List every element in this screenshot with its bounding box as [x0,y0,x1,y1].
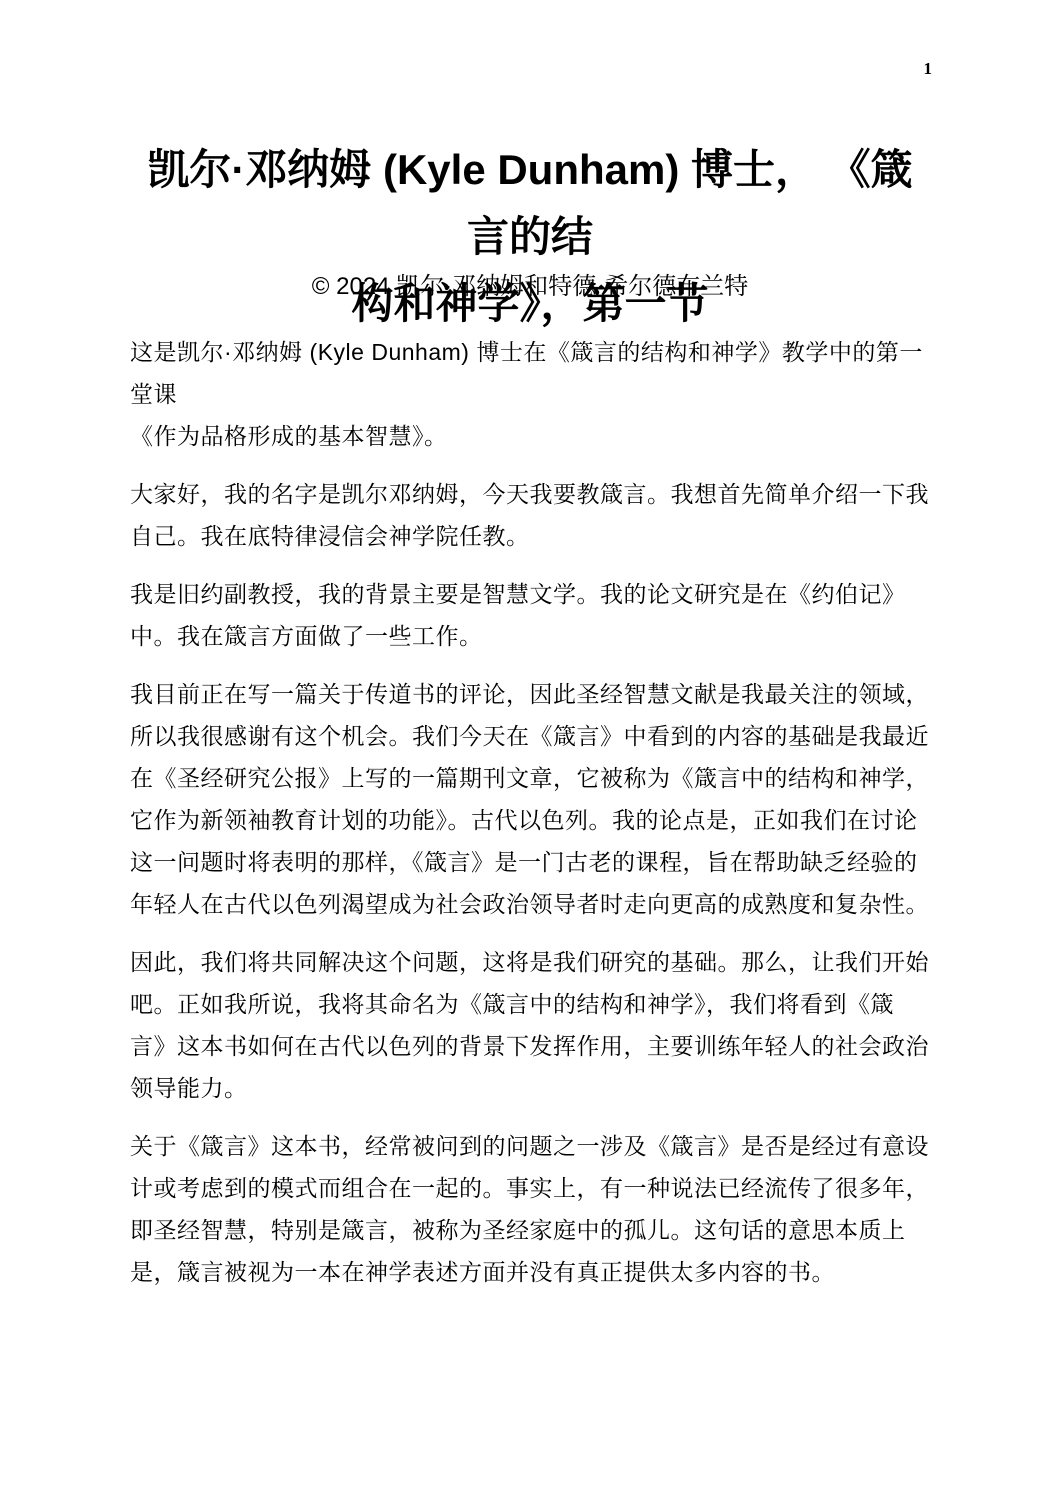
text-line: 领导能力。 [130,1067,936,1109]
text-line: 在《圣经研究公报》上写的一篇期刊文章，它被称为《箴言中的结构和神学， [130,757,936,799]
copyright-line: © 2024 凯尔·邓纳姆和特德·希尔德布兰特 [129,270,931,304]
text-line: 中。我在箴言方面做了一些工作。 [130,615,936,657]
text-line: 我是旧约副教授，我的背景主要是智慧文学。我的论文研究是在《约伯记》 [130,573,936,615]
paragraph-1: 这是凯尔·邓纳姆 (Kyle Dunham) 博士在《箴言的结构和神学》教学中的… [130,331,936,457]
text-line: 这是凯尔·邓纳姆 (Kyle Dunham) 博士在《箴言的结构和神学》教学中的… [130,331,936,415]
text-line: 《作为品格形成的基本智慧》。 [130,415,936,457]
text-line: 关于《箴言》这本书，经常被问到的问题之一涉及《箴言》是否是经过有意设 [130,1125,936,1167]
text-line: 我目前正在写一篇关于传道书的评论，因此圣经智慧文献是我最关注的领域， [130,673,936,715]
text-line: 它作为新领袖教育计划的功能》。古代以色列。我的论点是，正如我们在讨论 [130,799,936,841]
paragraph-5: 因此，我们将共同解决这个问题，这将是我们研究的基础。那么，让我们开始 吧。正如我… [130,941,936,1109]
text-line: 是，箴言被视为一本在神学表述方面并没有真正提供太多内容的书。 [130,1251,936,1293]
paragraph-2: 大家好，我的名字是凯尔邓纳姆，今天我要教箴言。我想首先简单介绍一下我 自己。我在… [130,473,936,557]
text-line: 吧。正如我所说，我将其命名为《箴言中的结构和神学》，我们将看到《箴 [130,983,936,1025]
text-line: 这一问题时将表明的那样，《箴言》是一门古老的课程，旨在帮助缺乏经验的 [130,841,936,883]
text-line: 自己。我在底特律浸信会神学院任教。 [130,515,936,557]
text-line: 即圣经智慧，特别是箴言，被称为圣经家庭中的孤儿。这句话的意思本质上 [130,1209,936,1251]
text-line: 所以我很感谢有这个机会。我们今天在《箴言》中看到的内容的基础是我最近 [130,715,936,757]
text-line: 大家好，我的名字是凯尔邓纳姆，今天我要教箴言。我想首先简单介绍一下我 [130,473,936,515]
document-body: 这是凯尔·邓纳姆 (Kyle Dunham) 博士在《箴言的结构和神学》教学中的… [130,331,936,1309]
paragraph-3: 我是旧约副教授，我的背景主要是智慧文学。我的论文研究是在《约伯记》 中。我在箴言… [130,573,936,657]
document-page: 1 凯尔·邓纳姆 (Kyle Dunham) 博士， 《箴言的结 构和神学》，第… [0,0,1058,1497]
paragraph-6: 关于《箴言》这本书，经常被问到的问题之一涉及《箴言》是否是经过有意设 计或考虑到… [130,1125,936,1293]
document-title: 凯尔·邓纳姆 (Kyle Dunham) 博士， 《箴言的结 构和神学》，第一节 [129,136,931,337]
paragraph-4: 我目前正在写一篇关于传道书的评论，因此圣经智慧文献是我最关注的领域， 所以我很感… [130,673,936,925]
text-line: 年轻人在古代以色列渴望成为社会政治领导者时走向更高的成熟度和复杂性。 [130,883,936,925]
text-line: 言》这本书如何在古代以色列的背景下发挥作用，主要训练年轻人的社会政治 [130,1025,936,1067]
page-number: 1 [924,58,933,80]
text-line: 因此，我们将共同解决这个问题，这将是我们研究的基础。那么，让我们开始 [130,941,936,983]
text-line: 计或考虑到的模式而组合在一起的。事实上，有一种说法已经流传了很多年， [130,1167,936,1209]
title-line-1: 凯尔·邓纳姆 (Kyle Dunham) 博士， 《箴言的结 [129,136,931,270]
